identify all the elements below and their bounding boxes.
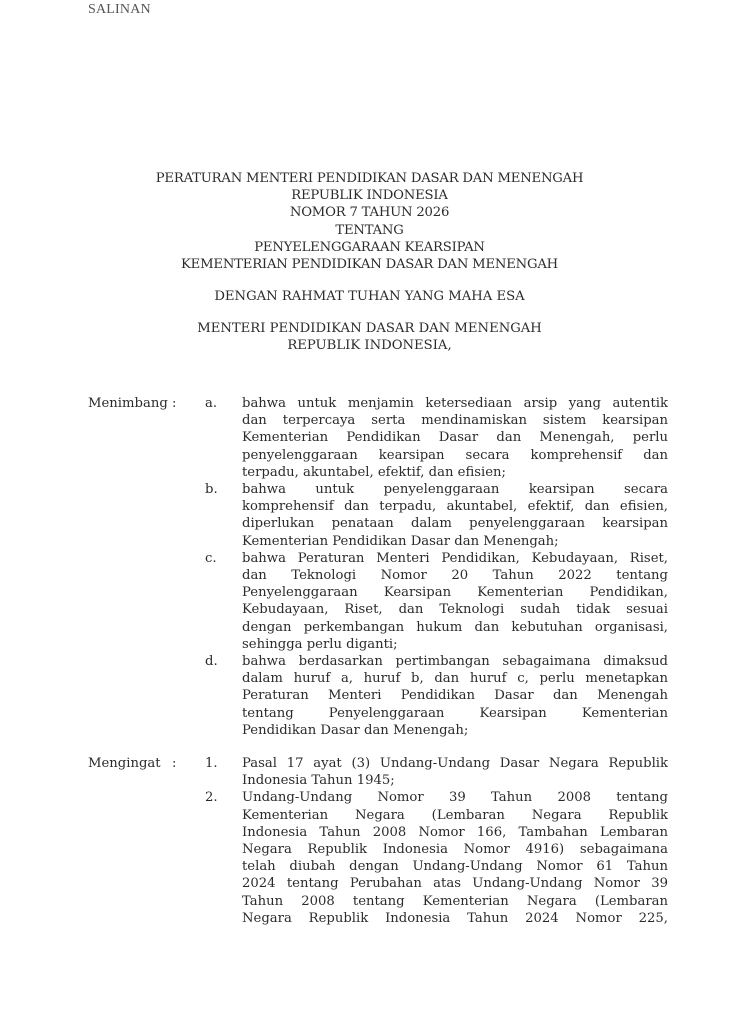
- item-marker: d.: [205, 653, 218, 670]
- item-text: bahwa untuk menjamin ketersediaan arsip …: [242, 395, 668, 481]
- list-item: 2.Undang-Undang Nomor 39 Tahun 2008 tent…: [88, 789, 688, 927]
- text-line: Kementerian Pendidikan Dasar dan Menenga…: [242, 429, 668, 446]
- text-line: Negara Republik Indonesia Nomor 4916) se…: [242, 841, 668, 858]
- item-marker: a.: [205, 395, 217, 412]
- title-line: PENYELENGGARAAN KEARSIPAN: [0, 239, 739, 256]
- title-line: REPUBLIK INDONESIA: [0, 187, 739, 204]
- text-line: Undang-Undang Nomor 39 Tahun 2008 tentan…: [242, 789, 668, 806]
- item-text: Pasal 17 ayat (3) Undang-Undang Dasar Ne…: [242, 755, 668, 789]
- text-line: Kementerian Negara (Lembaran Negara Repu…: [242, 807, 668, 824]
- list-item: b.bahwa untuk penyelenggaraan kearsipan …: [88, 481, 688, 550]
- text-line: Pendidikan Dasar dan Menengah;: [242, 722, 668, 739]
- issuing-authority: MENTERI PENDIDIKAN DASAR DAN MENENGAH RE…: [0, 320, 739, 354]
- text-line: diperlukan penataan dalam penyelenggaraa…: [242, 515, 668, 532]
- list-item: d.bahwa berdasarkan pertimbangan sebagai…: [88, 653, 688, 739]
- text-line: komprehensif dan terpadu, akuntabel, efe…: [242, 498, 668, 515]
- authority-line: MENTERI PENDIDIKAN DASAR DAN MENENGAH: [0, 320, 739, 337]
- text-line: bahwa untuk penyelenggaraan kearsipan se…: [242, 481, 668, 498]
- text-line: Indonesia Tahun 2008 Nomor 166, Tambahan…: [242, 824, 668, 841]
- text-line: tentang Penyelenggaraan Kearsipan Kement…: [242, 705, 668, 722]
- invocation: DENGAN RAHMAT TUHAN YANG MAHA ESA: [0, 288, 739, 305]
- authority-line: REPUBLIK INDONESIA,: [0, 337, 739, 354]
- list-item: c.bahwa Peraturan Menteri Pendidikan, Ke…: [88, 550, 688, 653]
- text-line: 2024 tentang Perubahan atas Undang-Undan…: [242, 875, 668, 892]
- title-line: NOMOR 7 TAHUN 2026: [0, 204, 739, 221]
- text-line: bahwa untuk menjamin ketersediaan arsip …: [242, 395, 668, 412]
- item-text: bahwa Peraturan Menteri Pendidikan, Kebu…: [242, 550, 668, 653]
- item-marker: 1.: [205, 755, 218, 772]
- text-line: terpadu, akuntabel, efektif, dan efisien…: [242, 464, 668, 481]
- list-item: 1.Pasal 17 ayat (3) Undang-Undang Dasar …: [88, 755, 688, 789]
- item-text: bahwa berdasarkan pertimbangan sebagaima…: [242, 653, 668, 739]
- list-item: a.bahwa untuk menjamin ketersediaan arsi…: [88, 395, 688, 481]
- text-line: telah diubah dengan Undang-Undang Nomor …: [242, 858, 668, 875]
- copy-stamp: SALINAN: [88, 2, 151, 18]
- text-line: dan Teknologi Nomor 20 Tahun 2022 tentan…: [242, 567, 668, 584]
- item-marker: b.: [205, 481, 218, 498]
- item-marker: 2.: [205, 789, 218, 806]
- text-line: Kementerian Pendidikan Dasar dan Menenga…: [242, 533, 668, 550]
- item-text: Undang-Undang Nomor 39 Tahun 2008 tentan…: [242, 789, 668, 927]
- text-line: dengan perkembangan hukum dan kebutuhan …: [242, 619, 668, 636]
- item-marker: c.: [205, 550, 217, 567]
- text-line: Tahun 2008 tentang Kementerian Negara (L…: [242, 893, 668, 910]
- title-line: KEMENTERIAN PENDIDIKAN DASAR DAN MENENGA…: [0, 256, 739, 273]
- legal-basis-list: 1.Pasal 17 ayat (3) Undang-Undang Dasar …: [88, 755, 688, 927]
- text-line: dalam huruf a, huruf b, dan huruf c, per…: [242, 670, 668, 687]
- title-line: PERATURAN MENTERI PENDIDIKAN DASAR DAN M…: [0, 170, 739, 187]
- regulation-title: PERATURAN MENTERI PENDIDIKAN DASAR DAN M…: [0, 170, 739, 273]
- text-line: bahwa Peraturan Menteri Pendidikan, Kebu…: [242, 550, 668, 567]
- title-line: TENTANG: [0, 222, 739, 239]
- text-line: Pasal 17 ayat (3) Undang-Undang Dasar Ne…: [242, 755, 668, 772]
- considerations-list: a.bahwa untuk menjamin ketersediaan arsi…: [88, 395, 688, 739]
- text-line: bahwa berdasarkan pertimbangan sebagaima…: [242, 653, 668, 670]
- text-line: Penyelenggaraan Kearsipan Kementerian Pe…: [242, 584, 668, 601]
- text-line: Negara Republik Indonesia Tahun 2024 Nom…: [242, 910, 668, 927]
- item-text: bahwa untuk penyelenggaraan kearsipan se…: [242, 481, 668, 550]
- text-line: Kebudayaan, Riset, dan Teknologi sudah t…: [242, 601, 668, 618]
- text-line: sehingga perlu diganti;: [242, 636, 668, 653]
- text-line: dan terpercaya serta mendinamiskan siste…: [242, 412, 668, 429]
- text-line: penyelenggaraan kearsipan secara kompreh…: [242, 447, 668, 464]
- text-line: Indonesia Tahun 1945;: [242, 772, 668, 789]
- text-line: Peraturan Menteri Pendidikan Dasar dan M…: [242, 687, 668, 704]
